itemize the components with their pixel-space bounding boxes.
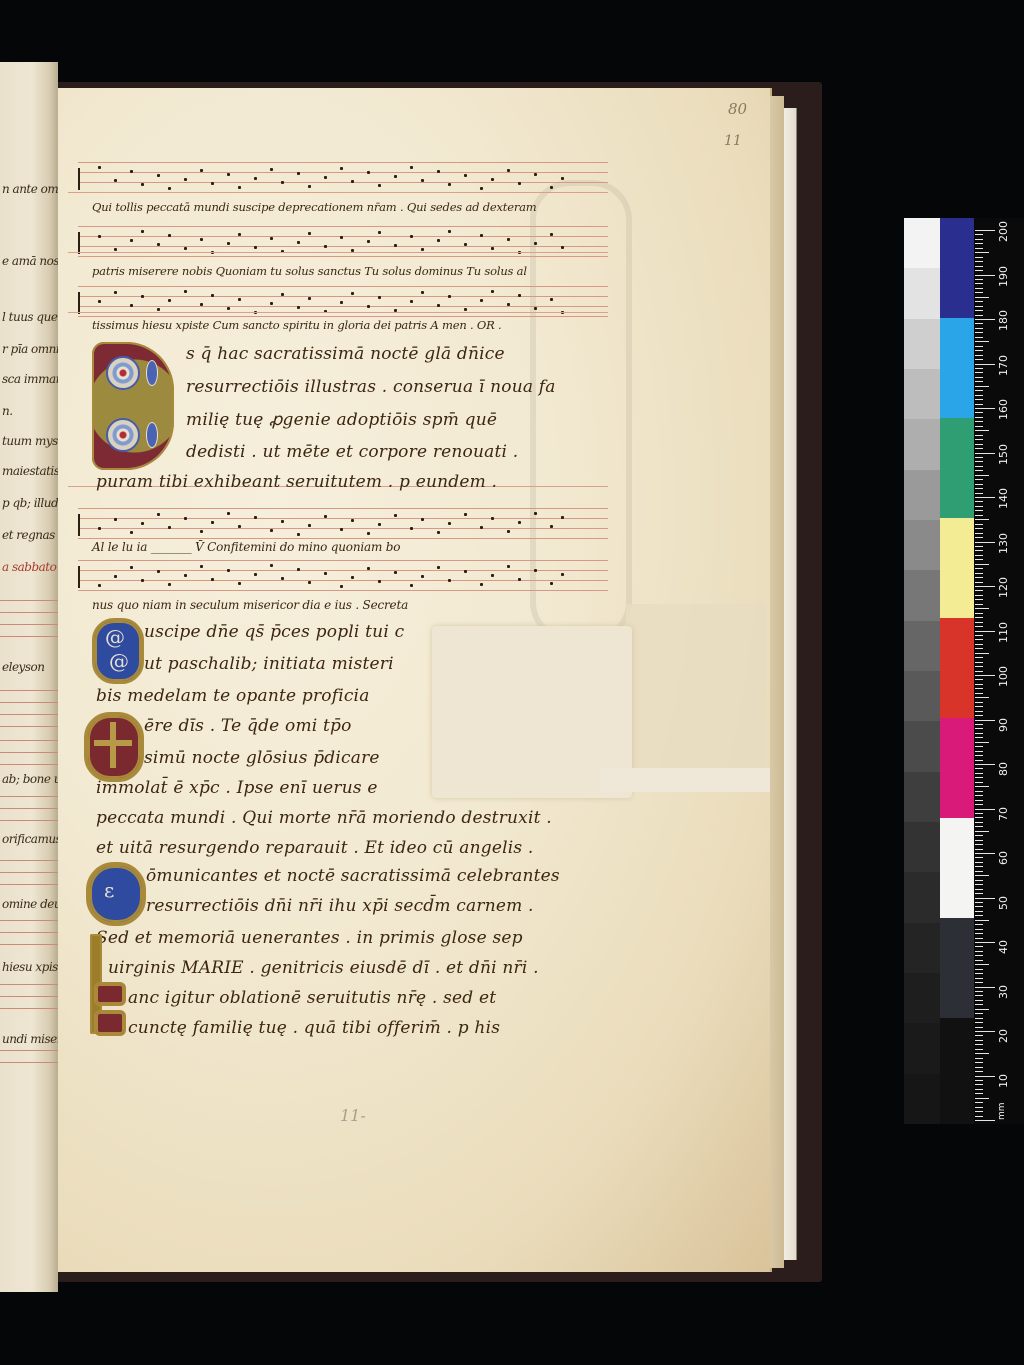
ruler-tick [975, 875, 989, 876]
ruler-tick [975, 1009, 989, 1010]
ruler-tick [975, 942, 995, 943]
ruler-tick [975, 653, 989, 654]
canon-line-6: cunctę familię tuę . quā tibi offerim̄ .… [128, 1018, 500, 1038]
left-page-staff-line [0, 612, 58, 613]
left-page-text-line: maiestatis [2, 464, 58, 478]
ruler-tick [975, 243, 983, 244]
illuminated-initial-S: @@ [92, 618, 144, 684]
left-page-staff-line [0, 872, 58, 873]
left-page-text-line: e amā nos [2, 254, 58, 268]
ruler-tick [975, 1102, 983, 1103]
ruler-tick [975, 390, 983, 391]
left-page-staff-line [0, 636, 58, 637]
neume [340, 585, 343, 588]
ruler-tick [975, 234, 983, 235]
neume [141, 183, 144, 186]
neume [254, 516, 257, 519]
neume [184, 247, 187, 250]
ruler-tick [975, 635, 983, 636]
dark-gray-swatch [940, 918, 974, 1018]
ruler-tick [975, 684, 983, 685]
left-page-text-line: a sabbato [2, 560, 56, 574]
ruler-tick [975, 1027, 983, 1028]
neume [238, 582, 241, 585]
neume [270, 564, 273, 567]
ruler-tick [975, 720, 995, 721]
collect-line-1: s q̄ hac sacratissimā noctē glā dn̄ice [186, 344, 505, 364]
neume [448, 579, 451, 582]
neume [340, 236, 343, 239]
ruler-tick [975, 355, 983, 356]
preface-line-2: simū nocte glōsius p̄dicare [144, 748, 380, 768]
left-page-staff-line [0, 796, 58, 797]
neume [367, 171, 370, 174]
neume [518, 521, 521, 524]
neume [238, 233, 241, 236]
ruler-tick [975, 920, 989, 921]
neume [394, 514, 397, 517]
neume [270, 237, 273, 240]
neume [211, 578, 214, 581]
ruler-label: 70 [997, 807, 1010, 821]
neume [421, 248, 424, 251]
neume [308, 232, 311, 235]
ruler-tick [975, 813, 983, 814]
ruler-tick [975, 702, 983, 703]
ruling-line [68, 312, 608, 313]
ruler-tick [975, 501, 983, 502]
ruler-tick [975, 715, 983, 716]
ruler-tick [975, 350, 983, 351]
neume [168, 234, 171, 237]
neume [421, 575, 424, 578]
gray-step-swatch [904, 671, 940, 721]
green-swatch [940, 418, 974, 518]
ruler-tick [975, 933, 983, 934]
neume [308, 185, 311, 188]
ruler-label: 140 [997, 488, 1010, 509]
left-page-staff-line [0, 996, 58, 997]
ruler-tick [975, 626, 983, 627]
ruler-label: 30 [997, 985, 1010, 999]
neume [168, 187, 171, 190]
left-page-staff-line [0, 752, 58, 753]
ruler-tick [975, 475, 989, 476]
ruler-tick [975, 248, 983, 249]
ruler-tick [975, 377, 983, 378]
ruler-tick [975, 1049, 983, 1050]
neume [130, 304, 133, 307]
ruler-tick [975, 826, 983, 827]
ruler-tick [975, 1120, 995, 1121]
ruler-tick [975, 773, 983, 774]
vellum-repair-strip [600, 768, 770, 792]
neume [437, 170, 440, 173]
neume [211, 521, 214, 524]
ruler-tick [975, 951, 983, 952]
neume [367, 532, 370, 535]
left-page-staff-line [0, 600, 58, 601]
ruler-tick [975, 564, 989, 565]
ruler-tick [975, 537, 983, 538]
left-page-staff-line [0, 764, 58, 765]
ruler-tick [975, 341, 989, 342]
left-page-text-line: omine deus rex [2, 897, 58, 911]
neume [394, 175, 397, 178]
ruler-tick [975, 346, 983, 347]
ruler-tick [975, 230, 995, 231]
neume [378, 523, 381, 526]
ruler-tick [975, 929, 983, 930]
neume [200, 169, 203, 172]
ruler-tick [975, 430, 989, 431]
flyleaf-edge [784, 108, 797, 1260]
ruler-tick [975, 1058, 983, 1059]
neume [308, 524, 311, 527]
left-page-text-line: l tuus que [2, 310, 57, 324]
neume [378, 231, 381, 234]
ruler-tick [975, 644, 983, 645]
neume [211, 182, 214, 185]
rosette-ornament [106, 418, 140, 452]
ruler-tick [975, 991, 983, 992]
ruler-tick [975, 902, 983, 903]
neume [98, 166, 101, 169]
ruler-tick [975, 488, 983, 489]
ruler-tick [975, 239, 983, 240]
ruler-tick [975, 359, 983, 360]
ruler-tick [975, 323, 983, 324]
neume [394, 244, 397, 247]
neume [130, 566, 133, 569]
neume [168, 299, 171, 302]
left-page-staff-line [0, 820, 58, 821]
mm-ruler: 2001901801701601501401301201101009080706… [975, 218, 1024, 1124]
neume [297, 533, 300, 536]
ruler-tick [975, 1111, 983, 1112]
page-edge [770, 96, 784, 1268]
neume [351, 180, 354, 183]
neume [211, 294, 214, 297]
gray-step-swatch [904, 369, 940, 419]
neume [270, 302, 273, 305]
ruler-tick [975, 412, 983, 413]
neume [448, 230, 451, 233]
neume [367, 567, 370, 570]
ruler-tick [975, 315, 983, 316]
neume [437, 239, 440, 242]
neume [394, 571, 397, 574]
preface-line-4: peccata mundi . Qui morte nr̄ā moriendo … [96, 808, 552, 828]
neume [324, 515, 327, 518]
neume [308, 297, 311, 300]
ruler-label: 110 [997, 622, 1010, 643]
ruler-tick [975, 849, 983, 850]
ruler-tick [975, 586, 995, 587]
ruler-tick [975, 257, 983, 258]
neume [238, 298, 241, 301]
ruler-tick [975, 466, 983, 467]
ruler-tick [975, 519, 989, 520]
ruler-tick [975, 613, 983, 614]
ruler-tick [975, 866, 983, 867]
ruler-tick [975, 946, 983, 947]
neume [297, 568, 300, 571]
ruler-tick [975, 1053, 989, 1054]
neume [507, 530, 510, 533]
neume [340, 528, 343, 531]
neume [141, 522, 144, 525]
left-page-text-line: r pīa omnipo [2, 342, 58, 356]
ruler-tick [975, 960, 983, 961]
ruler-label: 180 [997, 310, 1010, 331]
ruler-tick [975, 319, 995, 320]
neume [410, 300, 413, 303]
neume [281, 520, 284, 523]
neume [98, 584, 101, 587]
ruler-tick [975, 417, 983, 418]
neume [340, 167, 343, 170]
ruler-label: 10 [997, 1074, 1010, 1088]
ruler-tick [975, 368, 983, 369]
ruler-tick [975, 1116, 983, 1117]
ruler-tick [975, 599, 983, 600]
ruler-tick [975, 973, 983, 974]
neume [534, 512, 537, 515]
neume [254, 573, 257, 576]
neume [448, 183, 451, 186]
ruler-tick [975, 1035, 983, 1036]
ruling-line [68, 252, 608, 253]
ruler-tick [975, 1044, 983, 1045]
neume [378, 296, 381, 299]
ruler-tick [975, 1067, 983, 1068]
ruler-tick [975, 871, 983, 872]
neume [114, 248, 117, 251]
ruler-tick [975, 982, 983, 983]
ruler-tick [975, 938, 983, 939]
neume [141, 230, 144, 233]
neume [351, 292, 354, 295]
neume [518, 578, 521, 581]
neume [378, 184, 381, 187]
neume [421, 518, 424, 521]
neume [324, 572, 327, 575]
ruler-tick [975, 1080, 983, 1081]
secret-line-1: uscipe dn̄e qs̄ p̄ces popli tui c [144, 622, 404, 642]
clef-mark [78, 566, 80, 588]
neume [421, 179, 424, 182]
ruler-tick [975, 1004, 983, 1005]
neume [324, 245, 327, 248]
ruler-tick [975, 582, 983, 583]
left-page-text-line: sca imman [2, 372, 58, 386]
ruler-tick [975, 746, 983, 747]
ruler-tick [975, 622, 983, 623]
ruler-tick [975, 372, 983, 373]
ruler-label: 50 [997, 896, 1010, 910]
folio-number: 80 [728, 100, 747, 118]
neume [437, 566, 440, 569]
left-page-staff-line [0, 860, 58, 861]
left-page-text-line: tuum mys [2, 434, 58, 448]
neume [491, 290, 494, 293]
neume [480, 234, 483, 237]
ruler-tick [975, 1022, 983, 1023]
neume [367, 305, 370, 308]
ruler-tick [975, 461, 983, 462]
ruler-tick [975, 550, 983, 551]
ruler-tick [975, 542, 995, 543]
ruler-tick [975, 270, 983, 271]
neume [448, 522, 451, 525]
neume [308, 581, 311, 584]
ruler-tick [975, 386, 989, 387]
ruler-tick [975, 657, 983, 658]
ruler-tick [975, 631, 995, 632]
ruler-tick [975, 310, 983, 311]
left-page-staff-line [0, 702, 58, 703]
canon-line-1: ōmunicantes et noctē sacratissimā celebr… [146, 866, 560, 886]
gray-step-swatch [904, 923, 940, 973]
ruler-tick [975, 857, 983, 858]
ruler-tick [975, 1000, 983, 1001]
left-page-staff-line [0, 714, 58, 715]
neume [534, 173, 537, 176]
clef-mark [78, 232, 80, 254]
neume [534, 307, 537, 310]
ruler-tick [975, 817, 983, 818]
neume [200, 530, 203, 533]
ruler-tick [975, 791, 983, 792]
illuminated-initial-D [92, 342, 174, 470]
ruler-tick [975, 751, 983, 752]
left-page-text-line: n. [2, 404, 13, 418]
ruler-tick [975, 1018, 983, 1019]
ruler-tick [975, 395, 983, 396]
left-page-text-line: undi misere [2, 1032, 58, 1046]
magenta-swatch [940, 718, 974, 818]
ruler-tick [975, 590, 983, 591]
left-page-text-line: hiesu xpiste [2, 960, 58, 974]
ruler-label: 190 [997, 266, 1010, 287]
neume [534, 569, 537, 572]
ruler-tick [975, 1040, 983, 1041]
gray-step-swatch [904, 520, 940, 570]
illuminated-initial-C: ε [86, 862, 146, 926]
neume [561, 516, 564, 519]
ruler-tick [975, 1107, 983, 1108]
neume [507, 565, 510, 568]
gray-step-swatch [904, 470, 940, 520]
ruler-tick [975, 809, 995, 810]
neume [157, 174, 160, 177]
gray-step-swatch [904, 621, 940, 671]
canon-line-4: uirginis MARIE . genitricis eiusdē dī . … [108, 958, 539, 978]
ruler-label: 170 [997, 355, 1010, 376]
left-page-text-line: ab; bone uolunt [2, 772, 58, 786]
chant-text-line-2: patris miserere nobis Quoniam tu solus s… [92, 264, 527, 278]
ruler-tick [975, 608, 989, 609]
neume [168, 526, 171, 529]
ruler-tick [975, 470, 983, 471]
neume [550, 186, 553, 189]
ruler-tick [975, 777, 983, 778]
ruler-label: 120 [997, 577, 1010, 598]
neume [184, 178, 187, 181]
neume [491, 178, 494, 181]
preface-line-1: ēre dīs . Te q̄de omi tp̄o [144, 716, 352, 736]
left-page-text-line: orificamus te [2, 832, 58, 846]
ruler-tick [975, 1062, 983, 1063]
ruler-tick [975, 479, 983, 480]
neume [324, 176, 327, 179]
ruler-tick [975, 1076, 995, 1077]
ruler-tick [975, 332, 983, 333]
blue-swatch [940, 218, 974, 318]
gray-step-swatch [904, 319, 940, 369]
ruler-tick [975, 595, 983, 596]
chant-text-line-3: tissimus hiesu xpiste Cum sancto spiritu… [92, 318, 502, 332]
neume [480, 526, 483, 529]
ruler-tick [975, 297, 989, 298]
neume [270, 529, 273, 532]
ruler-tick [975, 457, 983, 458]
ruler-tick [975, 889, 983, 890]
ruler-tick [975, 995, 983, 996]
neume [281, 181, 284, 184]
neume [141, 579, 144, 582]
neume [238, 525, 241, 528]
ruler-tick [975, 693, 983, 694]
neume [507, 303, 510, 306]
red-swatch [940, 618, 974, 718]
ruler-tick [975, 662, 983, 663]
ruler-tick [975, 555, 983, 556]
left-page-staff-line [0, 726, 58, 727]
ruler-tick [975, 328, 983, 329]
ruler-tick [975, 964, 989, 965]
ruler-tick [975, 493, 983, 494]
ruler-tick [975, 266, 983, 267]
left-page-staff-line [0, 1062, 58, 1063]
collect-line-4: dedisti . ut mēte et corpore renouati . [186, 442, 518, 462]
initial-H-upper-panel [94, 982, 126, 1006]
ruler-tick [975, 381, 983, 382]
neume [561, 573, 564, 576]
neume [491, 517, 494, 520]
neume [184, 290, 187, 293]
ruler-tick [975, 840, 983, 841]
secret-line-3: bis medelam te opante proficia [96, 686, 370, 706]
ruler-label: 60 [997, 851, 1010, 865]
ruler-tick [975, 675, 995, 676]
ruler-tick [975, 426, 983, 427]
ruler-tick [975, 617, 983, 618]
neume [561, 246, 564, 249]
ruler-tick [975, 1098, 989, 1099]
neume [410, 235, 413, 238]
ruler-tick [975, 337, 983, 338]
ruler-tick [975, 955, 983, 956]
ruler-tick [975, 292, 983, 293]
ruler-label: 40 [997, 940, 1010, 954]
black-swatch [940, 1018, 974, 1124]
leaf-ornament [146, 360, 158, 386]
gray-step-swatch [904, 721, 940, 771]
neume [227, 242, 230, 245]
ruler-tick [975, 524, 983, 525]
